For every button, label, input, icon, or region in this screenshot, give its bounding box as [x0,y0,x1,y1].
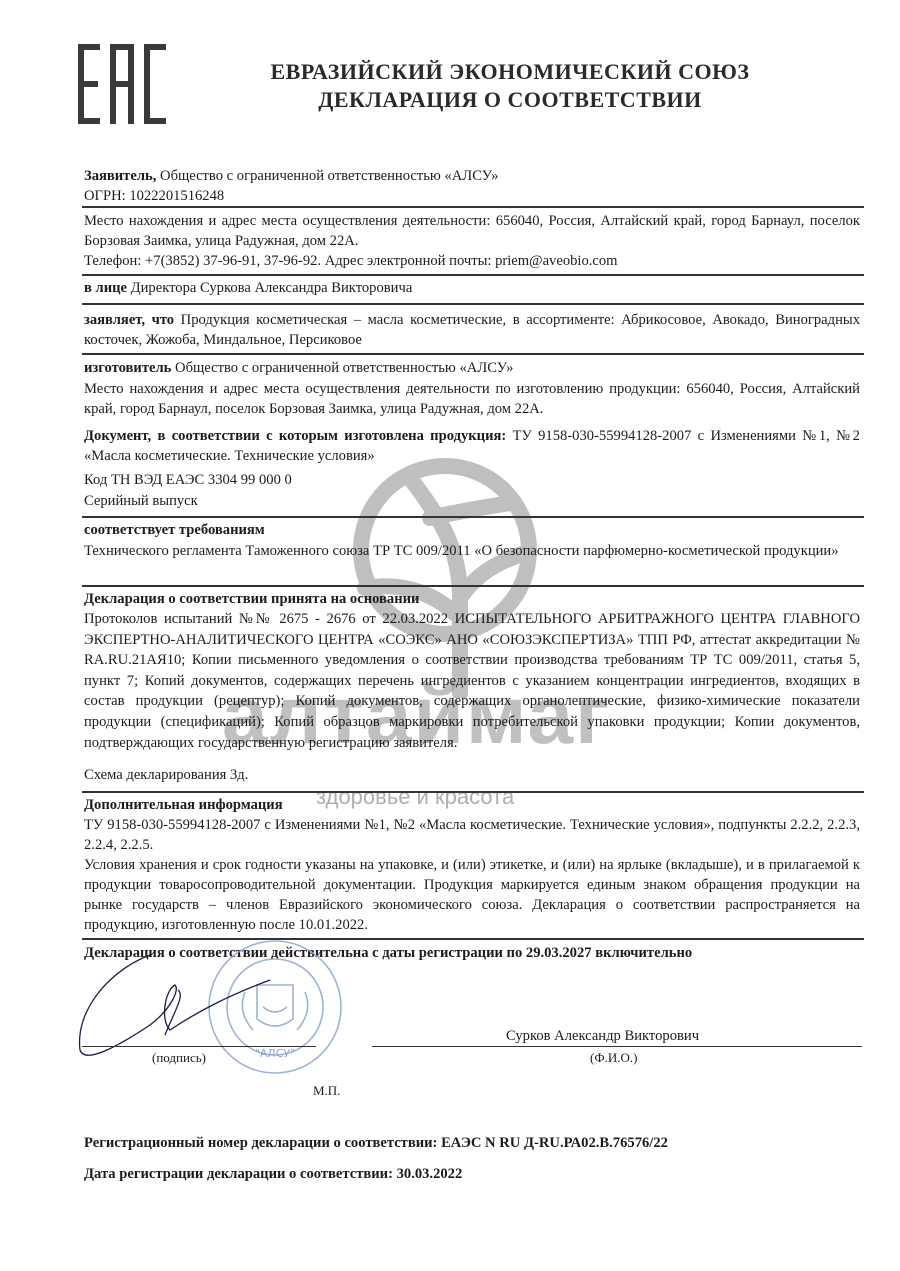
registration-number: Регистрационный номер декларации о соотв… [84,1133,860,1153]
declares-label: заявляет, что [84,312,174,328]
manufacturer-section: изготовитель Общество с ограниченной отв… [84,358,860,378]
applicant-section: Заявитель, Общество с ограниченной ответ… [84,166,860,206]
basis-label: Декларация о соответствии принята на осн… [84,589,860,609]
applicant-address: Место нахождения и адрес места осуществл… [84,211,860,251]
document-title: ЕВРАЗИЙСКИЙ ЭКОНОМИЧЕСКИЙ СОЮЗ ДЕКЛАРАЦИ… [230,58,790,114]
seal-caption: М.П. [313,1083,340,1099]
signature-line [82,1046,316,1047]
signature-caption: (подпись) [152,1050,206,1066]
declaration-page: ЕВРАЗИЙСКИЙ ЭКОНОМИЧЕСКИЙ СОЮЗ ДЕКЛАРАЦИ… [0,0,900,1271]
applicant-label: Заявитель, [84,168,156,184]
manufacturer-name: Общество с ограниченной ответственностью… [171,360,513,376]
represented-by-value: Директора Суркова Александра Викторовича [127,280,412,296]
registration-number-label: Регистрационный номер декларации о соотв… [84,1135,441,1151]
applicant-contacts: Телефон: +7(3852) 37-96-91, 37-96-92. Ад… [84,251,860,271]
divider [82,938,864,940]
represented-by: в лице Директора Суркова Александра Викт… [84,278,860,298]
divider [82,516,864,518]
manufacturer-address: Место нахождения и адрес места осуществл… [84,379,860,419]
declaration-scheme: Схема декларирования 3д. [84,765,860,785]
complies-label: соответствует требованиям [84,520,860,540]
name-line [372,1046,862,1047]
release-type: Серийный выпуск [84,491,860,511]
title-declaration: ДЕКЛАРАЦИЯ О СООТВЕТСТВИИ [230,86,790,114]
document-label: Документ, в соответствии с которым изгот… [84,428,506,444]
registration-date: Дата регистрации декларации о соответств… [84,1164,860,1184]
basis-value: Протоколов испытаний №№ 2675 - 2676 от 2… [84,609,860,753]
eac-logo [78,44,168,126]
signatory-name: Сурков Александр Викторович [506,1028,699,1045]
title-union: ЕВРАЗИЙСКИЙ ЭКОНОМИЧЕСКИЙ СОЮЗ [230,58,790,86]
manufacturer-label: изготовитель [84,360,171,376]
additional-info-label: Дополнительная информация [84,795,860,815]
tn-ved-code: Код ТН ВЭД ЕАЭС 3304 99 000 0 [84,470,860,490]
applicant-name: Общество с ограниченной ответственностью… [156,168,498,184]
divider [82,791,864,793]
represented-by-label: в лице [84,280,127,296]
additional-info-storage: Условия хранения и срок годности указаны… [84,855,860,935]
registration-date-label: Дата регистрации декларации о соответств… [84,1166,397,1182]
divider [82,206,864,208]
complies-value: Технического регламента Таможенного союз… [84,541,860,561]
declares-section: заявляет, что Продукция косметическая – … [84,310,860,350]
declares-value: Продукция косметическая – масла косметич… [84,312,860,348]
divider [82,353,864,355]
divider [82,274,864,276]
registration-date-value: 30.03.2022 [397,1166,463,1182]
document-section: Документ, в соответствии с которым изгот… [84,426,860,466]
registration-number-value: ЕАЭС N RU Д-RU.РА02.В.76576/22 [441,1135,668,1151]
applicant-ogrn: ОГРН: 1022201516248 [84,186,860,206]
name-caption: (Ф.И.О.) [590,1050,637,1066]
divider [82,585,864,587]
divider [82,303,864,305]
additional-info-tu: ТУ 9158-030-55994128-2007 с Изменениями … [84,815,860,855]
